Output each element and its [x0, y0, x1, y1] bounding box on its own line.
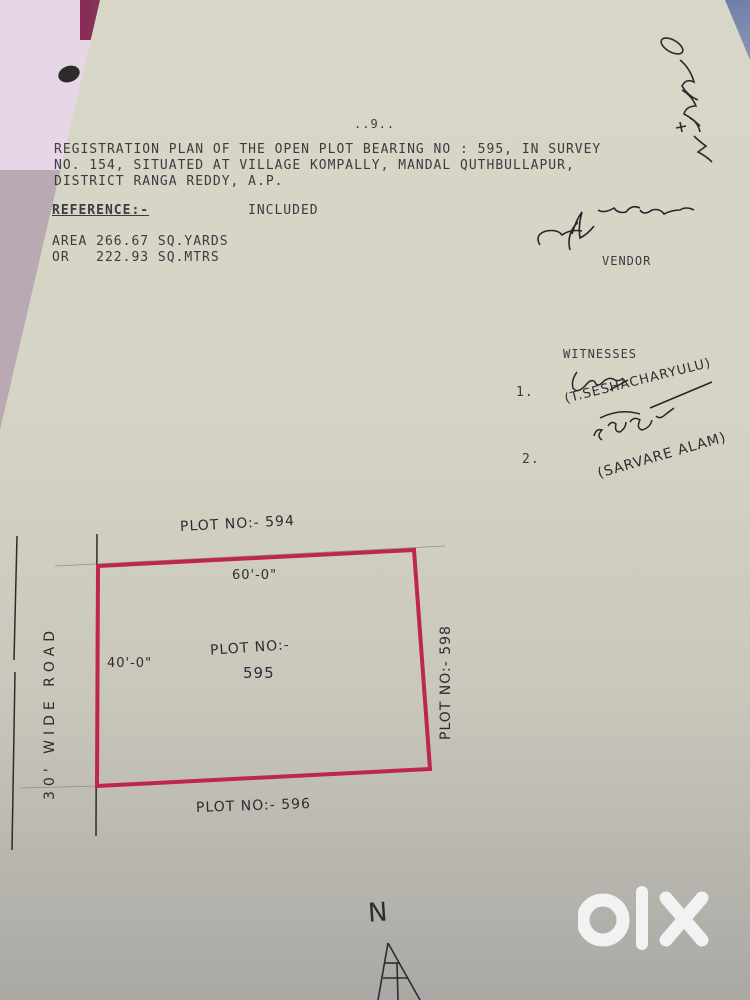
plot-595-number: 595 [243, 664, 275, 682]
page-number: ..9.. [354, 116, 395, 132]
area-sq-yards: AREA 266.67 SQ.YARDS [52, 234, 229, 250]
depth-dimension: 40'-0" [107, 656, 152, 671]
road-label: 30' WIDE ROAD [42, 626, 58, 800]
olx-watermark-icon [578, 882, 713, 952]
reference-value: INCLUDED [248, 203, 319, 219]
title-line-3: DISTRICT RANGA REDDY, A.P. [54, 174, 284, 190]
title-line-2: NO. 154, SITUATED AT VILLAGE KOMPALLY, M… [54, 158, 575, 174]
reference-label: REFERENCE:- [52, 203, 149, 219]
witness-number-2: 2. [522, 452, 540, 468]
vendor-label: VENDOR [602, 253, 651, 269]
width-dimension: 60'-0" [232, 568, 277, 583]
witness-number-1: 1. [516, 385, 534, 401]
area-sq-meters: OR 222.93 SQ.MTRS [52, 250, 220, 266]
witnesses-label: WITNESSES [563, 346, 637, 362]
title-line-1: REGISTRATION PLAN OF THE OPEN PLOT BEARI… [54, 142, 601, 158]
north-label: N [367, 897, 389, 928]
plot-598-label: PLOT NO:- 598 [438, 625, 454, 740]
